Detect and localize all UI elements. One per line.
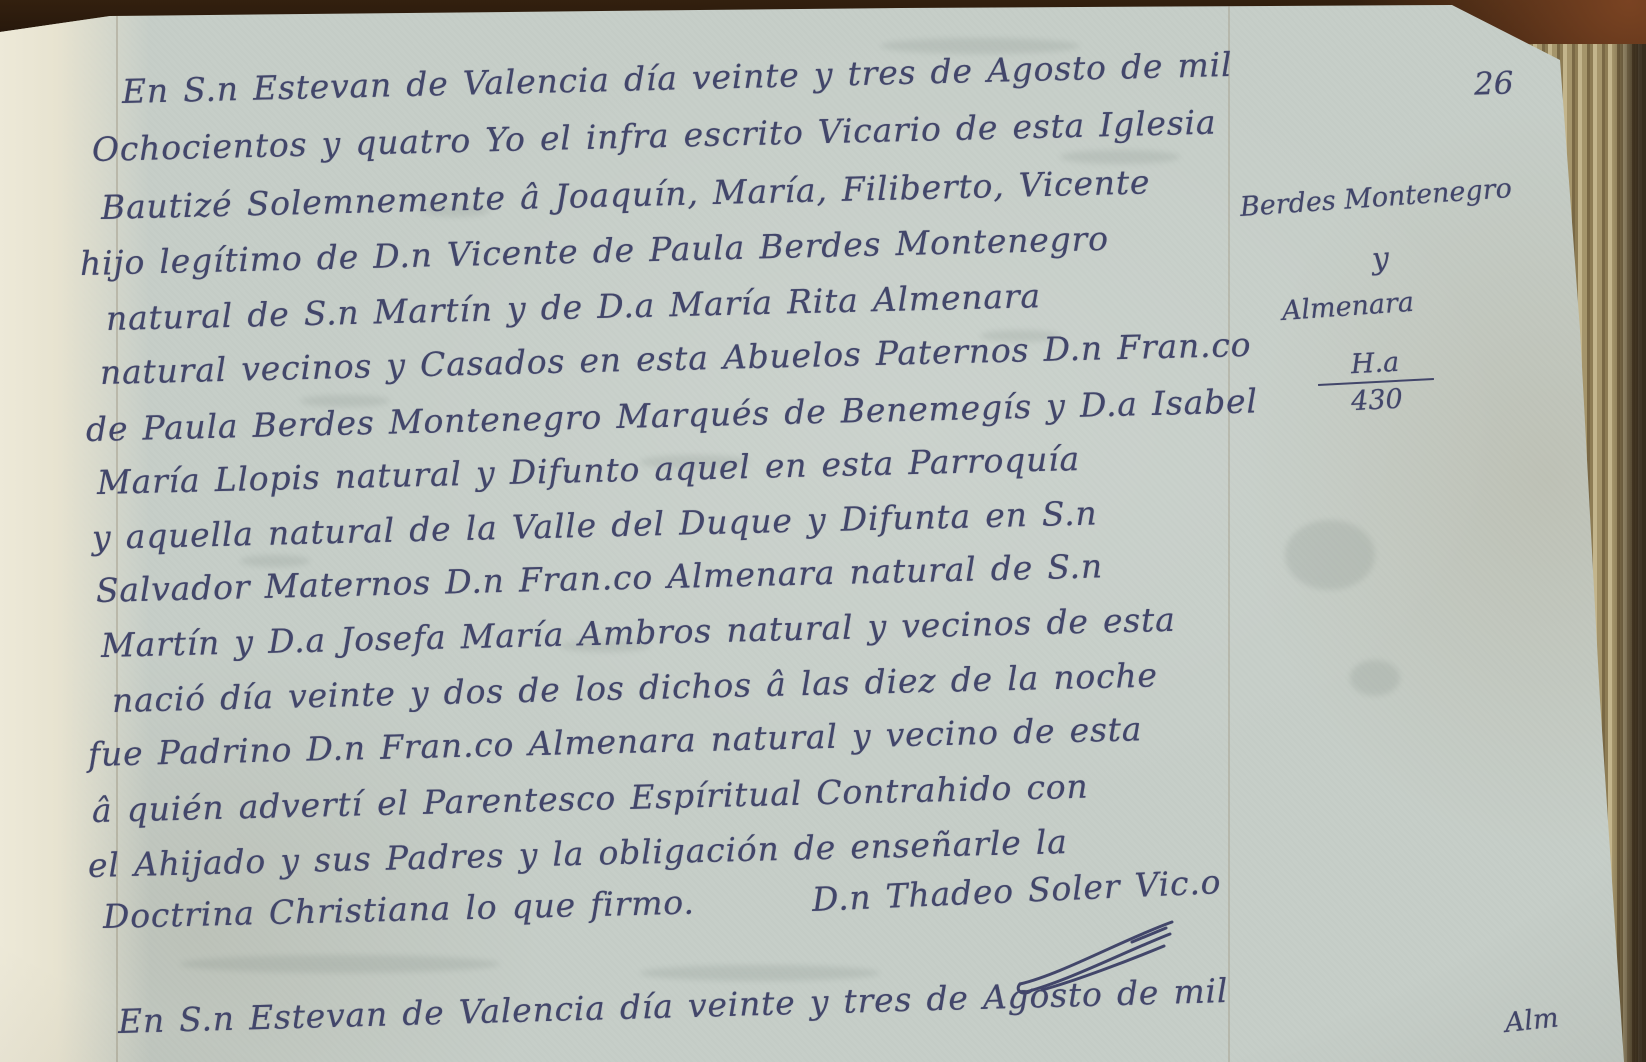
right-margin-rule	[1228, 0, 1230, 1062]
record-line: En S.n Estevan de Valencia día veinte y …	[122, 45, 1233, 112]
record-line: María Llopis natural y Difunto aquel en …	[97, 439, 1081, 503]
bleedthrough-smudge	[1060, 150, 1180, 164]
record-line: nació día veinte y dos de los dichos â l…	[112, 655, 1159, 720]
margin-surname-2: Almenara	[1281, 287, 1415, 327]
manuscript-page: 26 En S.n Estevan de Valencia día veinte…	[0, 0, 1646, 1062]
margin-conjunction: y	[1371, 241, 1390, 277]
record-line: natural vecinos y Casados en esta Abuelo…	[100, 325, 1252, 393]
folio-label: H.a	[1350, 347, 1400, 380]
signature-line: D.n Thadeo Soler Vic.o	[811, 862, 1222, 919]
bleedthrough-smudge	[640, 965, 880, 981]
record-line: Ochocientos y quatro Yo el infra escrito…	[92, 103, 1217, 170]
next-margin-note-partial: Alm	[1503, 1002, 1560, 1038]
record-line: Salvador Maternos D.n Fran.co Almenara n…	[96, 546, 1104, 610]
folio-number: 430	[1350, 384, 1403, 418]
record-line: â quién advertí el Parentesco Espíritual…	[92, 767, 1089, 831]
bleedthrough-smudge	[1285, 520, 1375, 590]
margin-surname-1: Berdes Montenegro	[1239, 173, 1513, 223]
record-line: Doctrina Christiana lo que firmo.	[103, 883, 696, 937]
record-line: Bautizé Solemnemente â Joaquín, María, F…	[101, 162, 1151, 227]
record-line: de Paula Berdes Montenegro Marqués de Be…	[86, 381, 1259, 449]
next-record-partial-line: En S.n Estevan de Valencia día veinte y …	[117, 971, 1228, 1042]
record-line: Martín y D.a Josefa María Ambros natural…	[101, 600, 1176, 666]
record-line: hijo legítimo de D.n Vicente de Paula Be…	[80, 219, 1110, 284]
bleedthrough-smudge	[180, 955, 500, 973]
bleedthrough-smudge	[1350, 660, 1400, 696]
folio-reference: H.a 430	[1308, 345, 1443, 420]
record-line: fue Padrino D.n Fran.co Almenara natural…	[88, 709, 1143, 774]
page-number: 26	[1473, 65, 1514, 102]
record-line: y aquella natural de la Valle del Duque …	[92, 493, 1098, 557]
manuscript-photo: 26 En S.n Estevan de Valencia día veinte…	[0, 0, 1646, 1062]
record-line: natural de S.n Martín y de D.a María Rit…	[106, 276, 1042, 338]
